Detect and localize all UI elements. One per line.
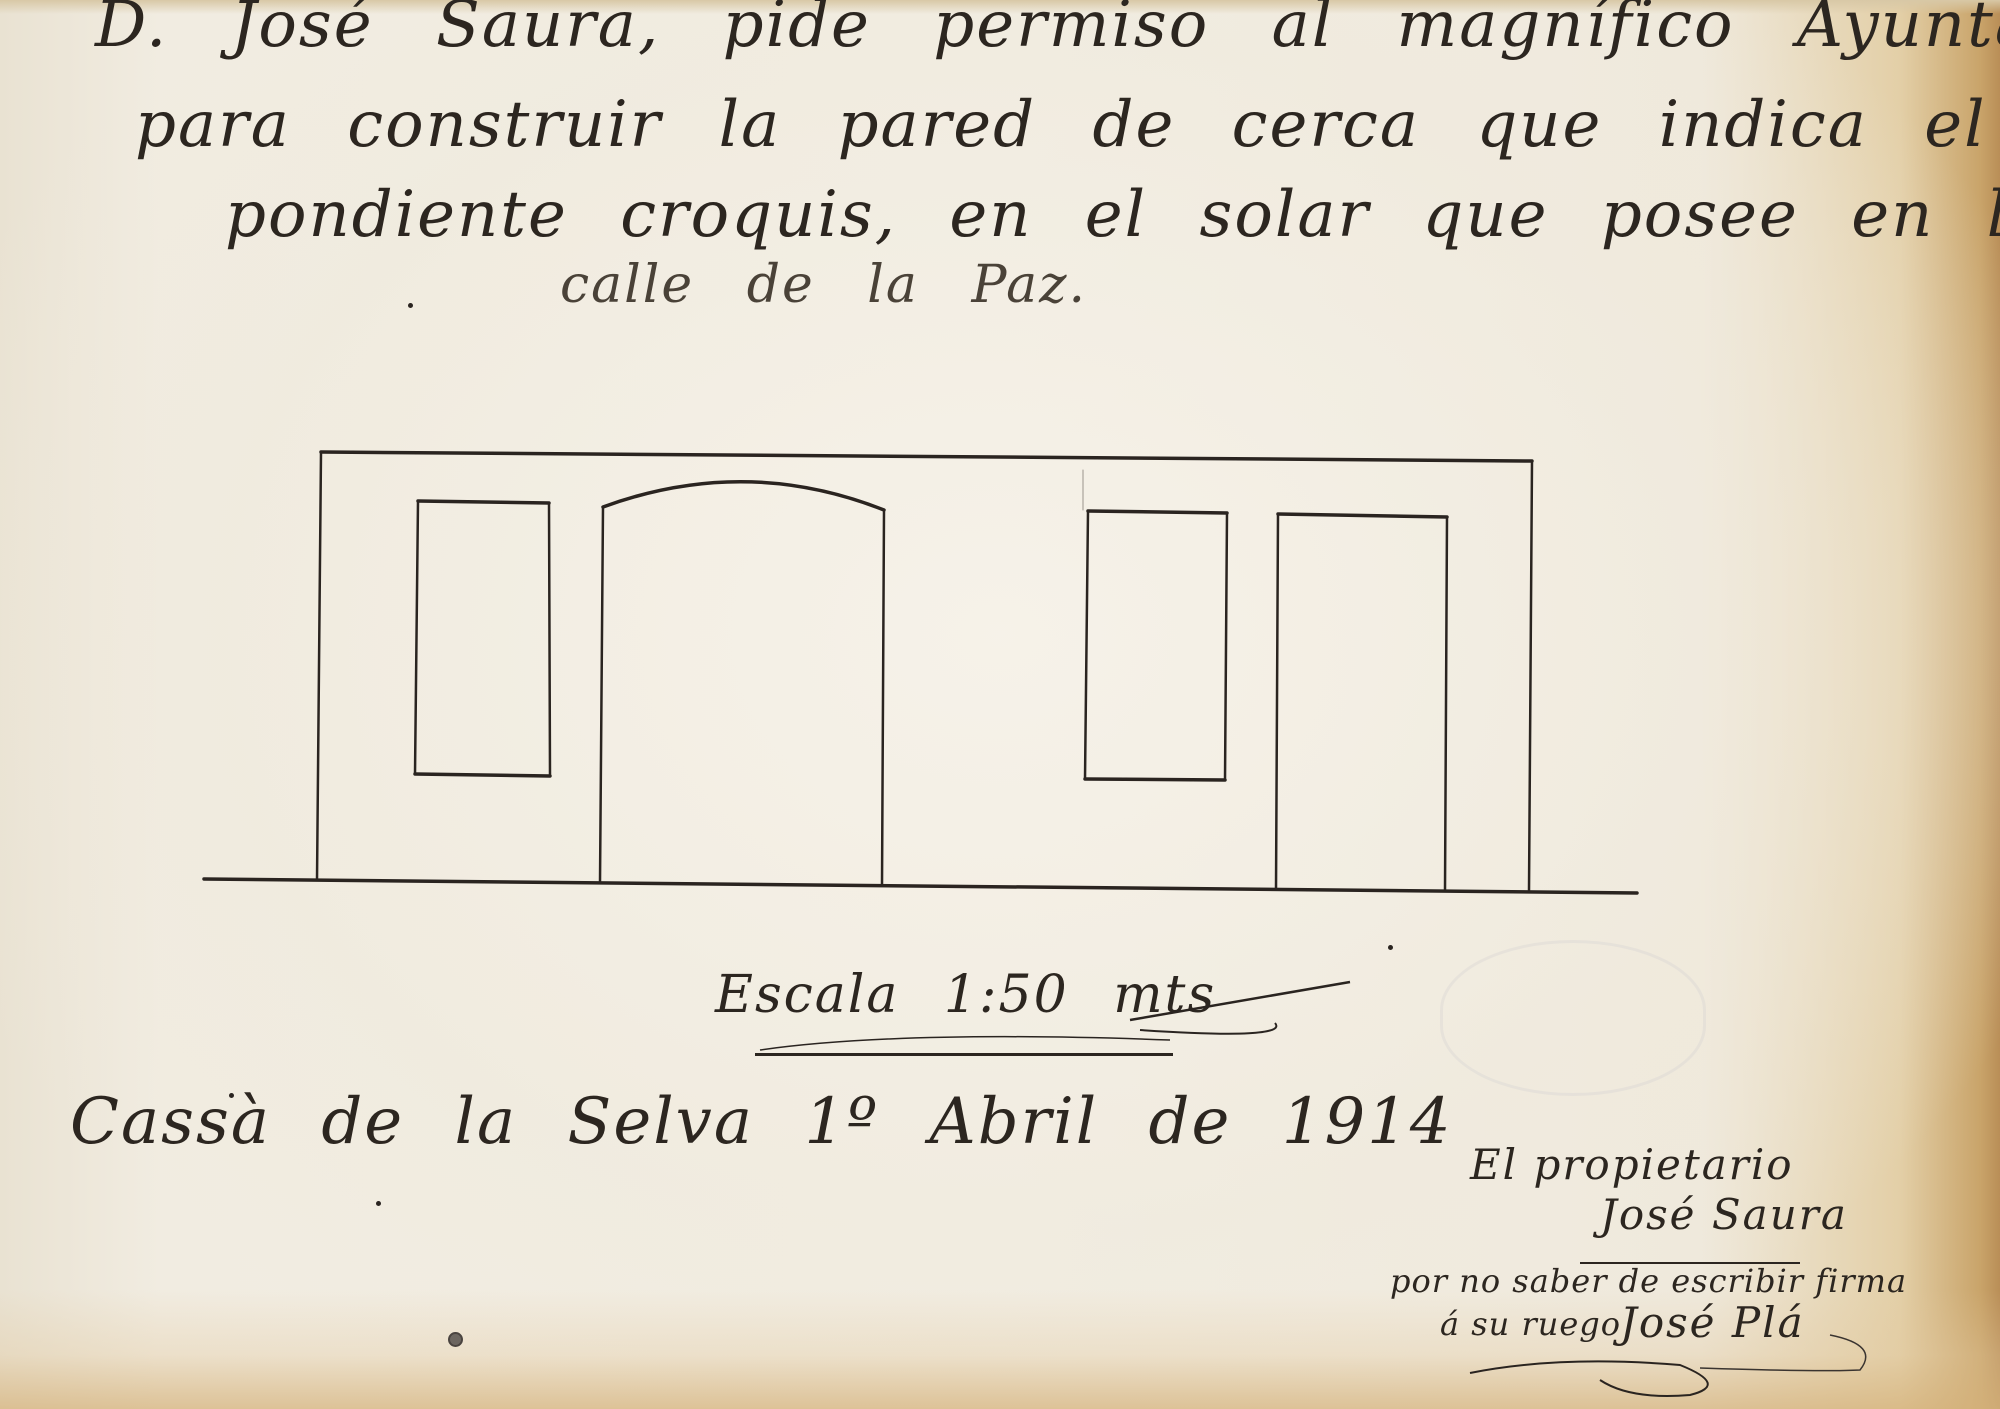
pin-hole — [448, 1332, 463, 1347]
ink-dot — [376, 1201, 381, 1206]
signature-flourish — [0, 0, 2000, 1409]
ink-dot — [229, 1093, 234, 1098]
ink-dot — [1388, 945, 1393, 950]
